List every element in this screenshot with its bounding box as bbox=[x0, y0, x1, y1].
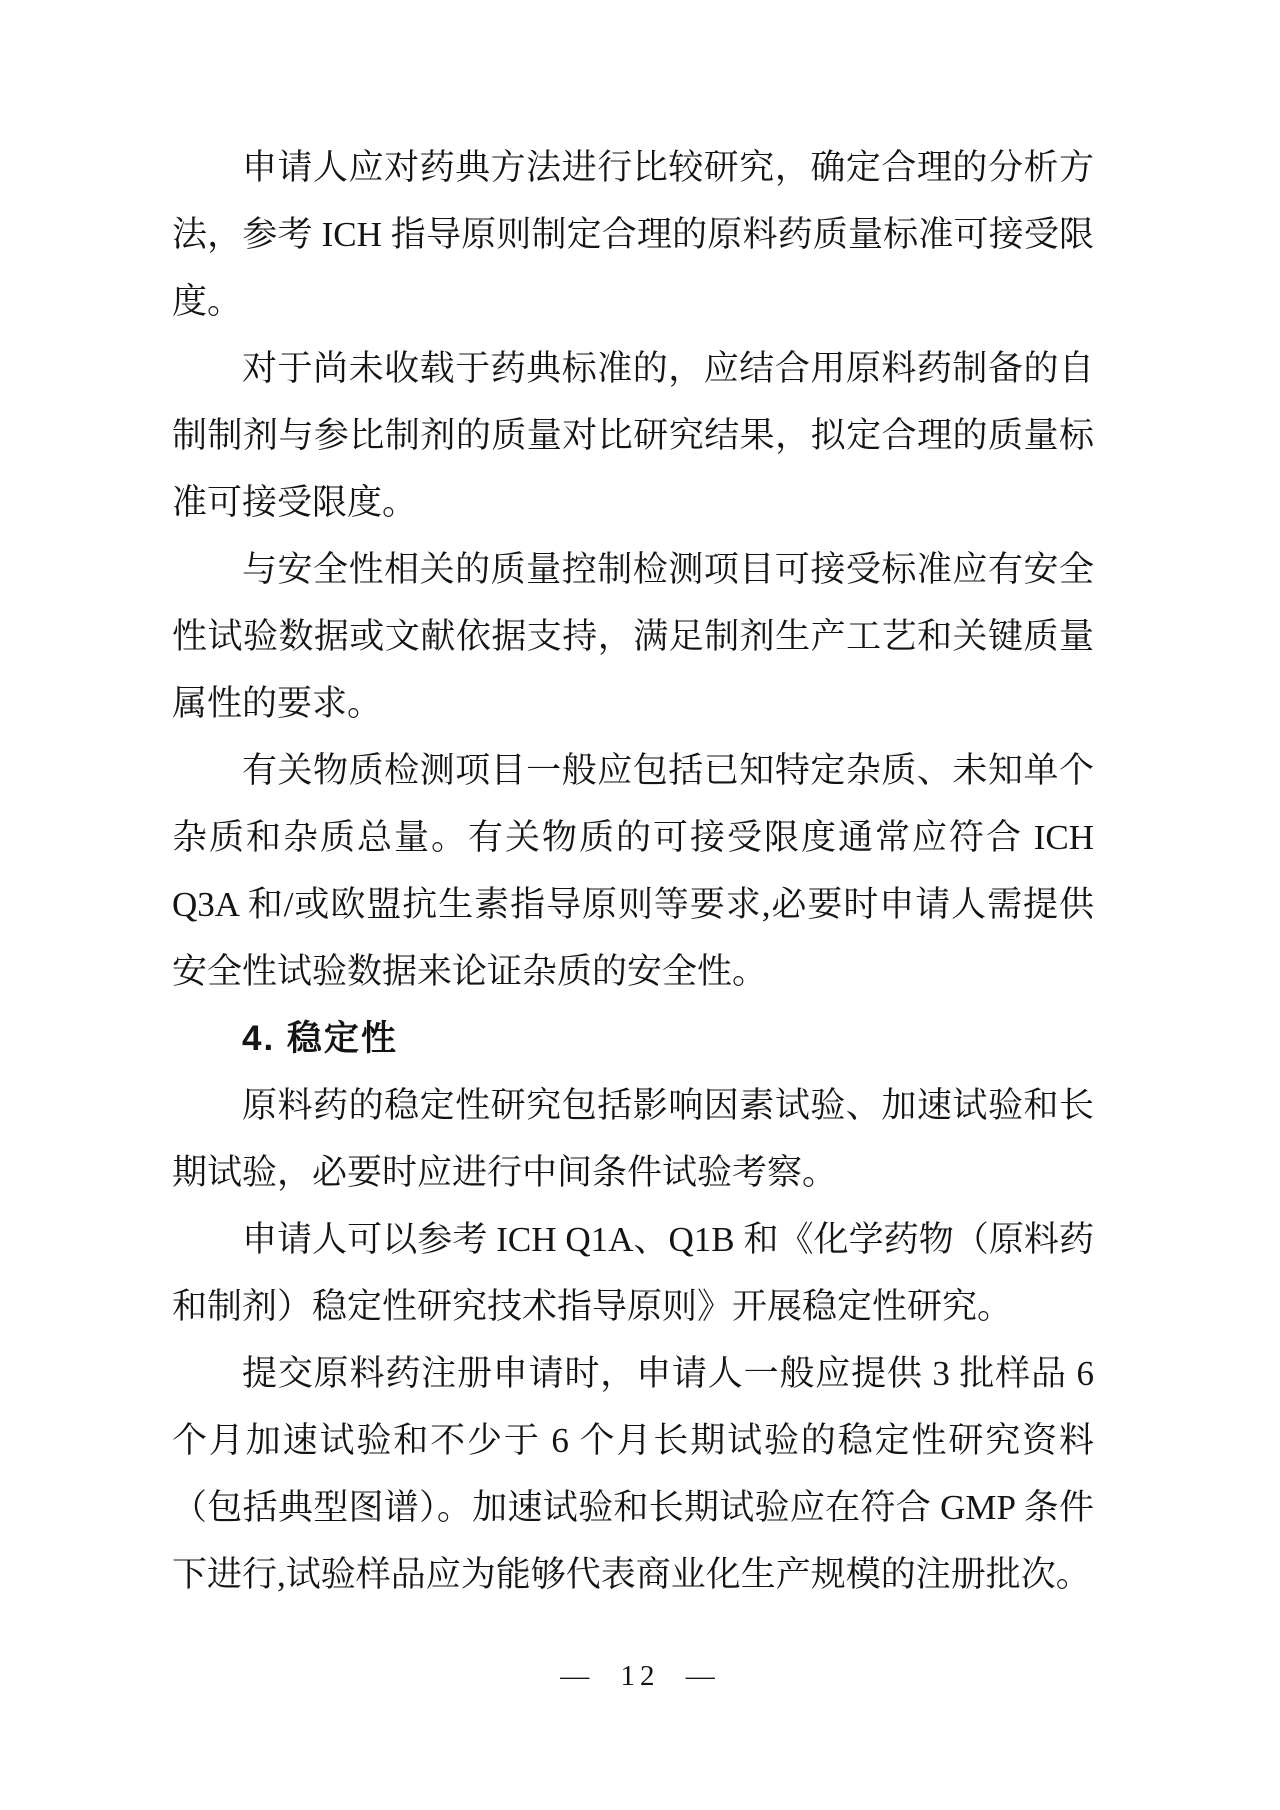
text-line: 与安全性相关的质量控制检测项目可接受标准应有安全 bbox=[172, 536, 1094, 603]
text-line: 有关物质检测项目一般应包括已知特定杂质、未知单个 bbox=[172, 737, 1094, 804]
text-line: （包括典型图谱）。加速试验和长期试验应在符合 GMP 条件 bbox=[172, 1474, 1094, 1541]
text-line: Q3A 和/或欧盟抗生素指导原则等要求,必要时申请人需提供 bbox=[172, 871, 1094, 938]
text-line: 性试验数据或文献依据支持，满足制剂生产工艺和关键质量 bbox=[172, 603, 1094, 670]
section-heading: 4. 稳定性 bbox=[172, 1005, 1094, 1072]
text-line: 属性的要求。 bbox=[172, 670, 1094, 737]
text-line: 安全性试验数据来论证杂质的安全性。 bbox=[172, 938, 1094, 1005]
text-line: 提交原料药注册申请时，申请人一般应提供 3 批样品 6 bbox=[172, 1340, 1094, 1407]
document-body: 申请人应对药典方法进行比较研究，确定合理的分析方法，参考 ICH 指导原则制定合… bbox=[172, 134, 1094, 1608]
text-line: 申请人可以参考 ICH Q1A、Q1B 和《化学药物（原料药 bbox=[172, 1206, 1094, 1273]
text-line: 下进行,试验样品应为能够代表商业化生产规模的注册批次。 bbox=[172, 1541, 1094, 1608]
text-line: 申请人应对药典方法进行比较研究，确定合理的分析方 bbox=[172, 134, 1094, 201]
text-line: 对于尚未收载于药典标准的，应结合用原料药制备的自 bbox=[172, 335, 1094, 402]
document-page: 申请人应对药典方法进行比较研究，确定合理的分析方法，参考 ICH 指导原则制定合… bbox=[0, 0, 1280, 1810]
text-line: 法，参考 ICH 指导原则制定合理的原料药质量标准可接受限 bbox=[172, 201, 1094, 268]
page-number: — 12 — bbox=[560, 1660, 720, 1692]
text-line: 期试验，必要时应进行中间条件试验考察。 bbox=[172, 1139, 1094, 1206]
text-line: 杂质和杂质总量。有关物质的可接受限度通常应符合 ICH bbox=[172, 804, 1094, 871]
text-line: 个月加速试验和不少于 6 个月长期试验的稳定性研究资料 bbox=[172, 1407, 1094, 1474]
text-line: 和制剂）稳定性研究技术指导原则》开展稳定性研究。 bbox=[172, 1273, 1094, 1340]
text-line: 原料药的稳定性研究包括影响因素试验、加速试验和长 bbox=[172, 1072, 1094, 1139]
text-line: 准可接受限度。 bbox=[172, 469, 1094, 536]
text-line: 制制剂与参比制剂的质量对比研究结果，拟定合理的质量标 bbox=[172, 402, 1094, 469]
text-line: 度。 bbox=[172, 268, 1094, 335]
page-footer: — 12 — bbox=[0, 1660, 1280, 1693]
